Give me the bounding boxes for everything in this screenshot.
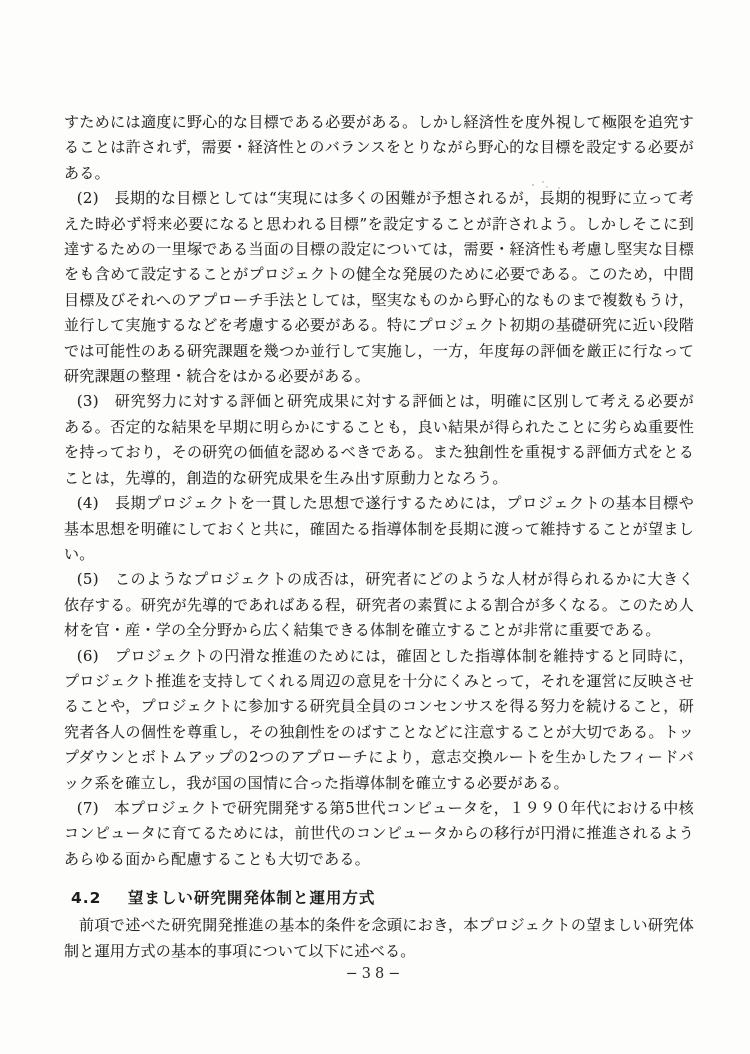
scan-speck xyxy=(676,923,678,924)
scan-speck xyxy=(532,184,534,186)
page-body: すためには適度に野心的な目標である必要がある。しかし経済性を度外視して極限を追究… xyxy=(64,110,694,964)
paragraph-item-4: (4) 長期プロジェクトを一貫した思想で遂行するためには，プロジェクトの基本目標… xyxy=(64,491,694,567)
paragraph-item-6: (6) プロジェクトの円滑な推進のためには，確固とした指導体制を維持すると同時に… xyxy=(64,644,694,796)
section-title: 望ましい研究開発体制と運用方式 xyxy=(128,889,376,907)
paragraph-item-3: (3) 研究努力に対する評価と研究成果に対する評価とは，明確に区別して考える必要… xyxy=(64,389,694,491)
paragraph-item-5: (5) このようなプロジェクトの成否は，研究者にどのような人材が得られるかに大き… xyxy=(64,567,694,643)
section-number: 4.2 xyxy=(71,889,101,907)
paragraph-item-7: (7) 本プロジェクトで研究開発する第5世代コンピュータを，１９９０年代における… xyxy=(64,796,694,872)
section-intro-paragraph: 前項で述べた研究開発推進の基本的条件を念頭におき，本プロジェクトの望ましい研究体… xyxy=(64,913,694,964)
document-page: すためには適度に野心的な目標である必要がある。しかし経済性を度外視して極限を追究… xyxy=(0,0,750,1054)
paragraph-item-2: (2) 長期的な目標としては“実現には多くの困難が予想されるが，長期的視野に立っ… xyxy=(64,186,694,389)
section-heading: 4.2 望ましい研究開発体制と運用方式 xyxy=(64,885,694,911)
page-number: −38− xyxy=(0,966,750,982)
paragraph-continuation: すためには適度に野心的な目標である必要がある。しかし経済性を度外視して極限を追究… xyxy=(64,110,694,186)
